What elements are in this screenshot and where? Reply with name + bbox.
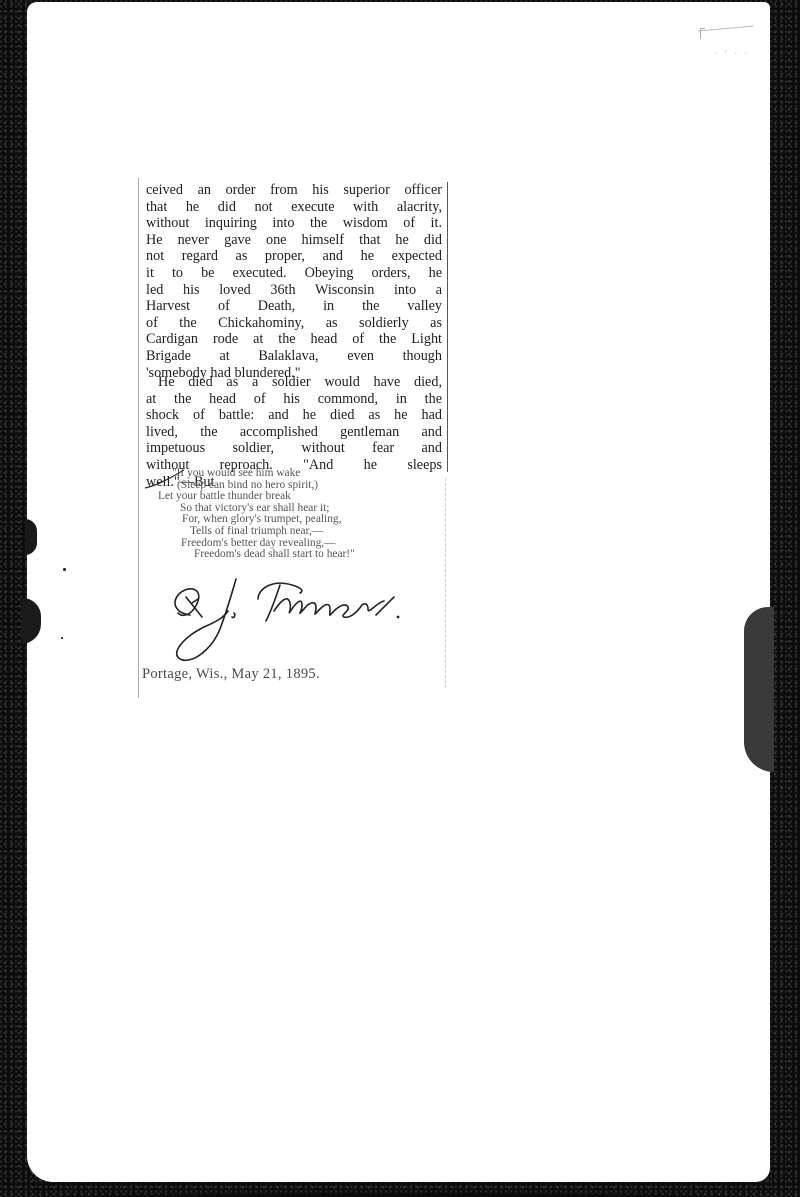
page-edge-shadow xyxy=(744,607,774,772)
text-line: He died as a soldier would have died, xyxy=(146,374,442,391)
text-line: shock of battle: and he died as he had xyxy=(146,407,442,424)
text-line: it to be executed. Obeying orders, he xyxy=(146,265,442,282)
text-line: that he did not execute with alacrity, xyxy=(146,199,442,216)
text-line: of the Chickahominy, as soldierly as xyxy=(146,315,442,332)
clipping-edge-right xyxy=(447,182,448,472)
page-edge-tear xyxy=(25,519,37,555)
clipping-edge-left xyxy=(138,178,139,698)
ink-speck xyxy=(61,637,63,639)
text-line: ceived an order from his superior office… xyxy=(146,182,442,199)
text-line: Harvest of Death, in the valley xyxy=(146,298,442,315)
ink-speck xyxy=(63,568,66,571)
text-line: without inquiring into the wisdom of it. xyxy=(146,215,442,232)
text-line: lived, the accomplished gentleman and xyxy=(146,424,442,441)
text-line: He never gave one himself that he did xyxy=(146,232,442,249)
poem-line: Freedom's dead shall start to hear!" xyxy=(158,549,448,561)
dateline: Portage, Wis., May 21, 1895. xyxy=(142,666,320,683)
newspaper-clipping: ceived an order from his superior office… xyxy=(138,178,448,698)
text-line: Cardigan rode at the head of the Light xyxy=(146,331,442,348)
text-line: Brigade at Balaklava, even though xyxy=(146,348,442,365)
text-line: at the head of his commond, in the xyxy=(146,391,442,408)
poem-stanza: "If you would see him wake (Sleep can bi… xyxy=(158,468,448,561)
page-edge-tear xyxy=(21,598,41,644)
article-paragraph-1: ceived an order from his superior office… xyxy=(146,182,442,381)
text-line: impetuous soldier, without fear and xyxy=(146,440,442,457)
text-line: not regard as proper, and he expected xyxy=(146,248,442,265)
signature: A. J. Turner. xyxy=(162,573,422,668)
corner-pencil-annotation: · ' · · xyxy=(692,22,762,82)
poem-line: "If you would see him wake xyxy=(158,468,448,480)
text-line: led his loved 36th Wisconsin into a xyxy=(146,282,442,299)
poem-line: Tells of final triumph near,— xyxy=(158,526,448,538)
